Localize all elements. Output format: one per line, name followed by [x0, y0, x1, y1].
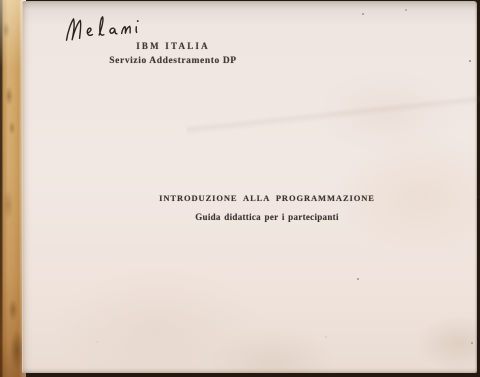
org-header: IBM ITALIA Servizio Addestramento DP — [53, 41, 293, 66]
cover-page: Melani IBM ITALIA Servizio Addestramento… — [22, 1, 477, 373]
organization-name: IBM ITALIA — [53, 41, 293, 51]
document-photo: Melani IBM ITALIA Servizio Addestramento… — [0, 0, 480, 377]
document-title: INTRODUZIONE ALLA PROGRAMMAZIONE — [147, 193, 387, 203]
paper-specks — [22, 1, 24, 3]
paper-crease — [184, 69, 480, 160]
department-name: Servizio Addestramento DP — [53, 56, 293, 66]
title-block: INTRODUZIONE ALLA PROGRAMMAZIONE Guida d… — [147, 193, 387, 222]
document-subtitle: Guida didattica per i partecipanti — [147, 212, 387, 222]
